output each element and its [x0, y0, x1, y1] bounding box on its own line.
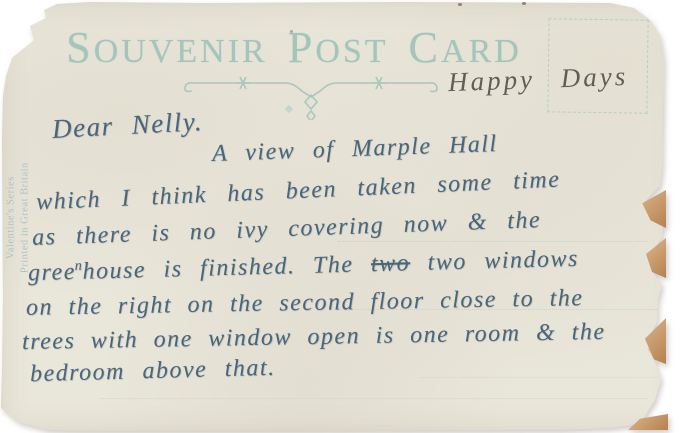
postcard-photo: Souvenir Post Card Happy Days Valentine'…	[0, 0, 680, 433]
message-text: two windows	[410, 246, 579, 276]
message-line: trees with one window open is one room &…	[22, 319, 606, 356]
message-text: gree	[28, 259, 76, 286]
title-word: Post	[288, 22, 389, 73]
address-line	[100, 398, 648, 399]
handwritten-annotation: Happy Days	[448, 61, 629, 98]
message-salutation: Dear Nelly.	[51, 106, 203, 145]
postcard: Souvenir Post Card Happy Days Valentine'…	[0, 0, 680, 433]
message-text: house is finished. The	[82, 251, 371, 285]
title-word: Souvenir	[66, 22, 268, 73]
message-line: as there is no ivy covering now & the	[32, 207, 542, 252]
message-line: on the right on the second floor close t…	[26, 285, 584, 322]
message-line: bedroom above that.	[30, 355, 276, 388]
address-line	[420, 377, 658, 378]
strikethrough-word: two	[371, 250, 411, 277]
message-line: A view of Marple Hall	[212, 131, 498, 168]
postcard-title: Souvenir Post Card	[86, 22, 502, 73]
paper-speck	[522, 2, 526, 5]
paper-speck	[458, 3, 462, 6]
imprint-series: Valentine's Series	[4, 134, 18, 302]
address-line	[338, 241, 648, 242]
ornament-flourish-icon	[180, 70, 442, 125]
paper-speck	[290, 30, 293, 33]
message-line: greenhouse is finished. The two two wind…	[28, 245, 579, 287]
